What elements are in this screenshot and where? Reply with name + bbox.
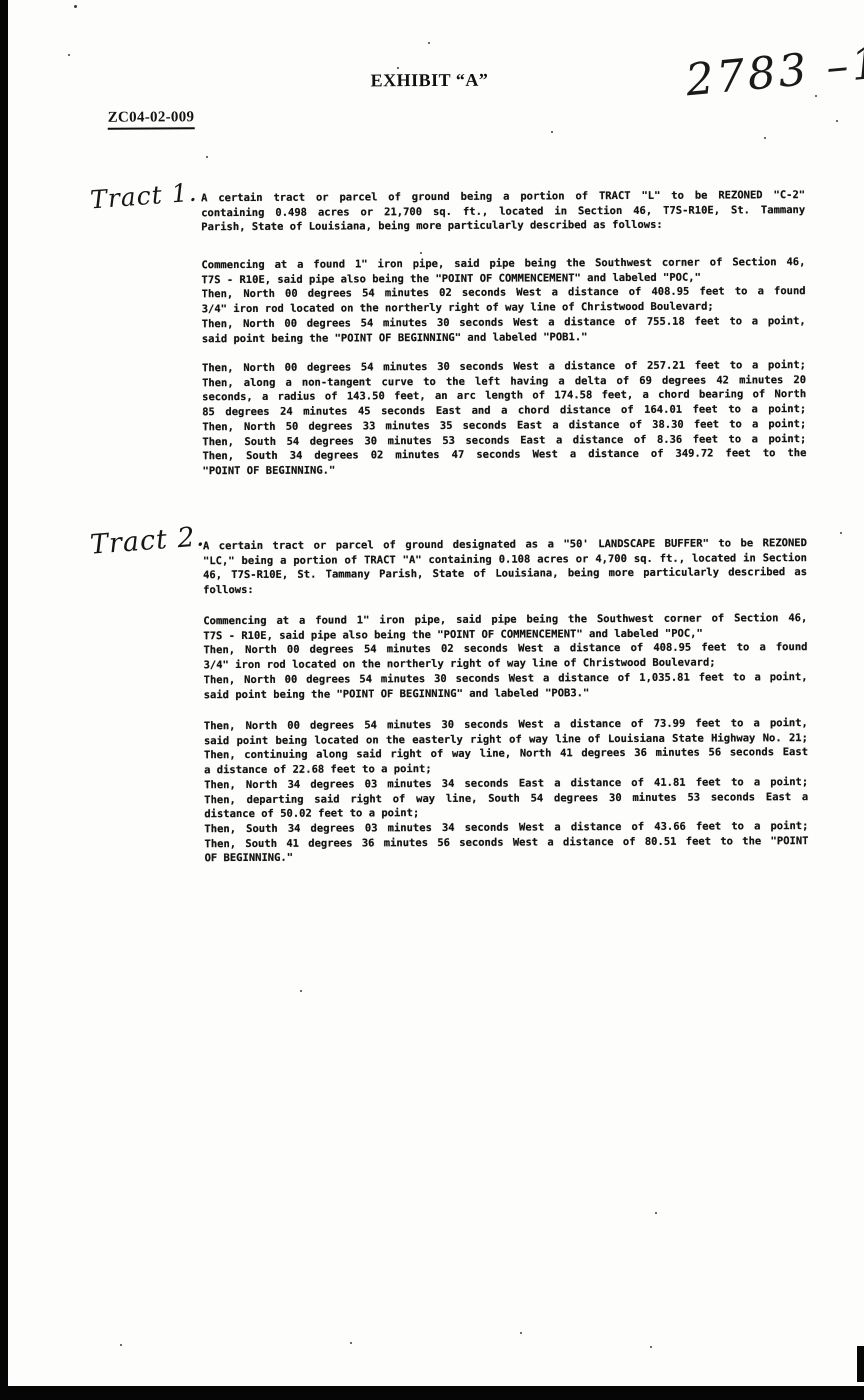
- tract-1-commencement-paragraph: Commencing at a found 1" iron pipe, said…: [201, 255, 805, 346]
- tract-1-handwritten-label: Tract 1.: [89, 178, 198, 215]
- tract-2-handwritten-label: Tract 2.: [89, 521, 206, 561]
- tract-2-metes-bounds-paragraph: Then, North 00 degrees 54 minutes 30 sec…: [204, 716, 809, 866]
- text-line: Parish, State of Louisiana, being more p…: [201, 217, 805, 235]
- scanned-document-page: EXHIBIT “A” 2783 –1 ZC04-02-009 Tract 1.…: [0, 0, 864, 1400]
- text-line: OF BEGINNING.": [205, 848, 809, 866]
- tract-1-metes-bounds-paragraph: Then, North 00 degrees 54 minutes 30 sec…: [202, 358, 807, 479]
- scan-edge-mark-right: [857, 1346, 864, 1382]
- case-number: ZC04-02-009: [108, 109, 195, 129]
- text-line: follows:: [203, 580, 807, 598]
- tract-2-commencement-paragraph: Commencing at a found 1" iron pipe, said…: [203, 611, 807, 702]
- tract-2-description-paragraph: A certain tract or parcel of ground desi…: [203, 536, 807, 598]
- text-line: said point being the "POINT OF BEGINNING…: [202, 329, 806, 347]
- scan-edge-bar-left: [0, 0, 8, 1400]
- document-content: EXHIBIT “A” 2783 –1 ZC04-02-009 Tract 1.…: [0, 0, 864, 1400]
- text-line: "POINT OF BEGINNING.": [202, 461, 806, 479]
- handwritten-page-number: 2783 –1: [684, 37, 864, 106]
- text-line: said point being the "POINT OF BEGINNING…: [204, 685, 808, 703]
- tract-1-description-paragraph: A certain tract or parcel of ground bein…: [201, 188, 805, 235]
- scan-edge-bar-bottom: [0, 1386, 864, 1400]
